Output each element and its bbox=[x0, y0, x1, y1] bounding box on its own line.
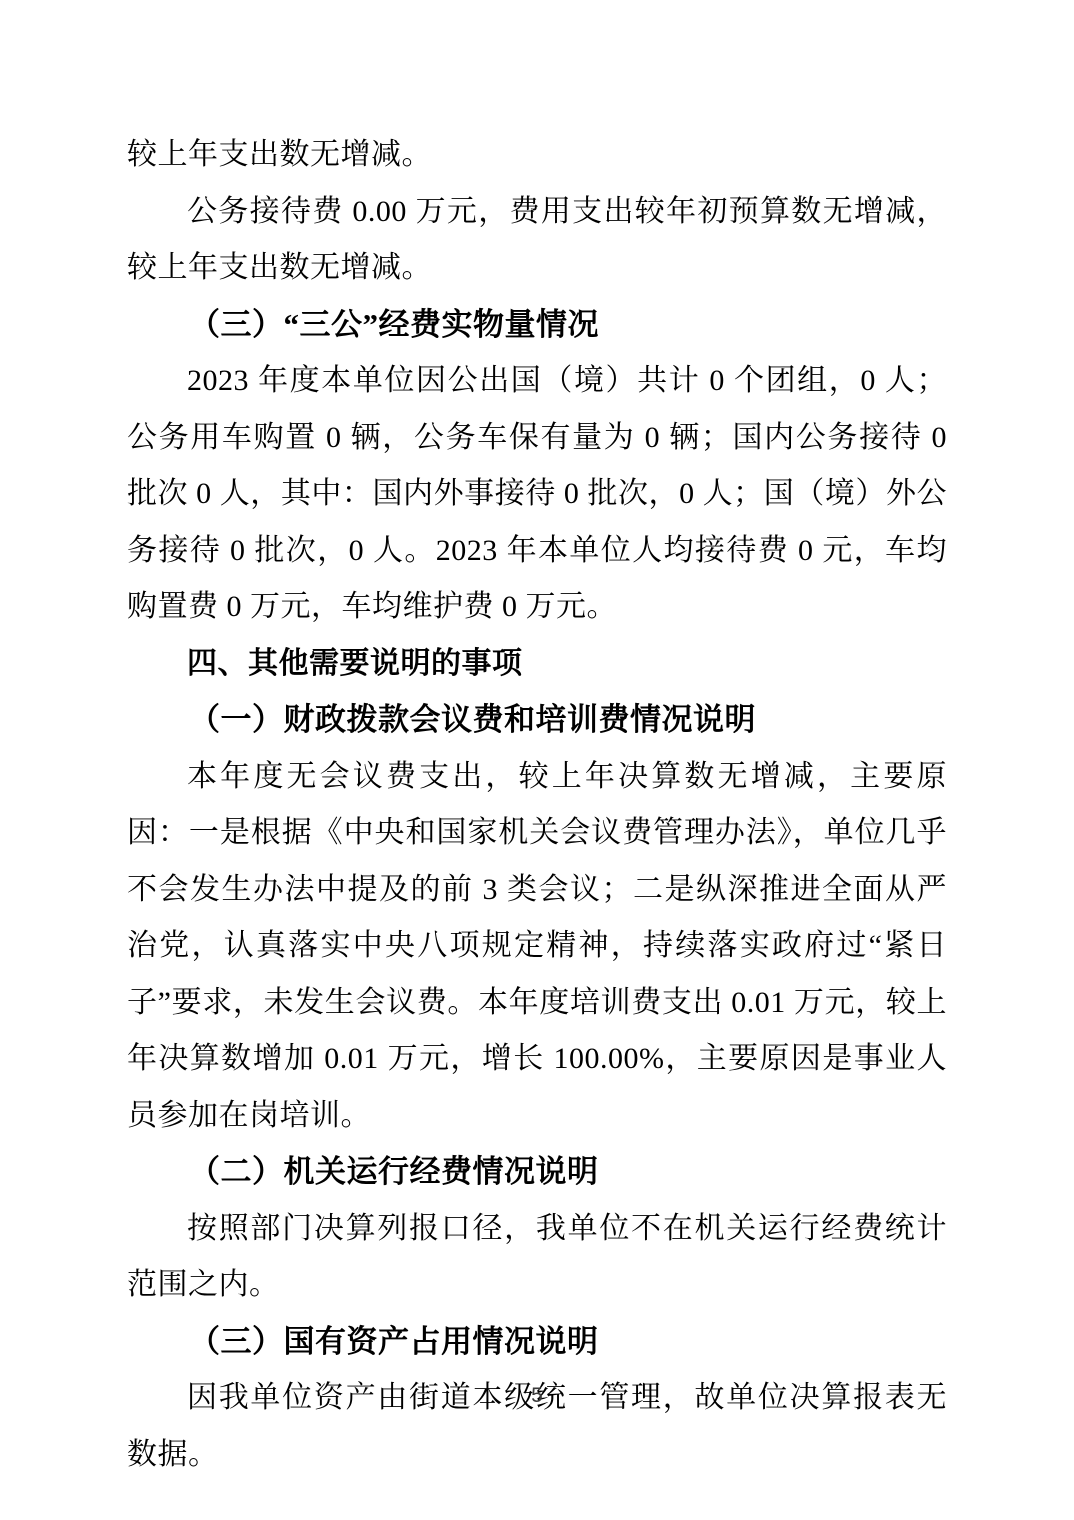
document-page: 较上年支出数无增减。 公务接待费 0.00 万元，费用支出较年初预算数无增减，较… bbox=[0, 0, 1074, 1520]
document-body: 较上年支出数无增减。 公务接待费 0.00 万元，费用支出较年初预算数无增减，较… bbox=[127, 127, 947, 1483]
heading-agency-operating-expense: （二）机关运行经费情况说明 bbox=[127, 1144, 947, 1201]
heading-three-public-physical-quantity: （三）“三公”经费实物量情况 bbox=[127, 297, 947, 354]
heading-meeting-training-fee: （一）财政拨款会议费和培训费情况说明 bbox=[127, 692, 947, 749]
paragraph-meeting-training-fee-detail: 本年度无会议费支出，较上年决算数无增减，主要原因：一是根据《中央和国家机关会议费… bbox=[127, 749, 947, 1145]
paragraph-agency-operating-expense-detail: 按照部门决算列报口径，我单位不在机关运行经费统计范围之内。 bbox=[127, 1201, 947, 1314]
paragraph-carryover: 较上年支出数无增减。 bbox=[127, 127, 947, 184]
page-number: 5 bbox=[0, 1383, 1074, 1409]
heading-state-owned-assets: （三）国有资产占用情况说明 bbox=[127, 1314, 947, 1371]
heading-section-four-other-matters: 四、其他需要说明的事项 bbox=[127, 636, 947, 693]
paragraph-reception-fee: 公务接待费 0.00 万元，费用支出较年初预算数无增减，较上年支出数无增减。 bbox=[127, 184, 947, 297]
paragraph-physical-quantity-detail: 2023 年度本单位因公出国（境）共计 0 个团组，0 人；公务用车购置 0 辆… bbox=[127, 353, 947, 636]
